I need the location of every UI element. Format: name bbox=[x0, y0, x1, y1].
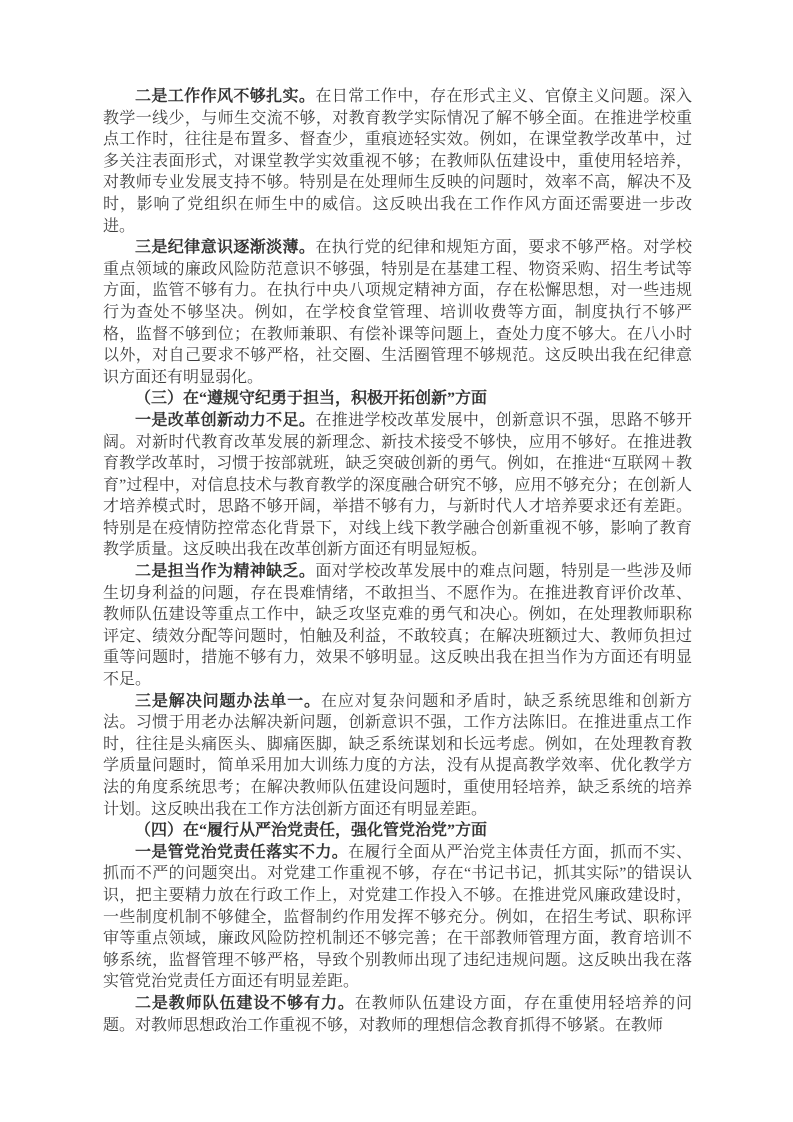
section-heading-text: （四）在“履行从严治党责任，强化管党治党”方面 bbox=[135, 822, 487, 839]
paragraph: 一是管党治党责任落实不力。在履行全面从严治党主体责任方面，抓而不实、抓而不严的问… bbox=[103, 842, 692, 993]
paragraph: 三是解决问题办法单一。在应对复杂问题和矛盾时，缺乏系统思维和创新方法。习惯于用老… bbox=[103, 691, 692, 821]
paragraph-text: 在应对复杂问题和矛盾时，缺乏系统思维和创新方法。习惯于用老办法解决新问题，创新意… bbox=[103, 693, 692, 818]
paragraph-text: 在履行全面从严治党主体责任方面，抓而不实、抓而不严的问题突出。对党建工作重视不够… bbox=[103, 844, 692, 991]
paragraph-lead: 二是担当作为精神缺乏。 bbox=[135, 563, 315, 580]
paragraph: 三是纪律意识逐渐淡薄。在执行党的纪律和规矩方面，要求不够严格。对学校重点领域的廉… bbox=[103, 237, 692, 388]
paragraph-lead: 一是改革创新动力不足。 bbox=[135, 412, 315, 429]
paragraph-text: 在执行党的纪律和规矩方面，要求不够严格。对学校重点领域的廉政风险防范意识不够强，… bbox=[103, 239, 692, 386]
document-page: 二是工作作风不够扎实。在日常工作中，存在形式主义、官僚主义问题。深入教学一线少，… bbox=[0, 0, 793, 1122]
section-heading: （四）在“履行从严治党责任，强化管党治党”方面 bbox=[103, 820, 692, 842]
paragraph-text: 在推进学校改革发展中，创新意识不强，思路不够开阔。对新时代教育改革发展的新理念、… bbox=[103, 412, 692, 559]
paragraph-lead: 三是解决问题办法单一。 bbox=[135, 693, 321, 710]
section-heading-text: （三）在“遵规守纪勇于担当，积极开拓创新”方面 bbox=[135, 390, 487, 407]
paragraph-text: 在日常工作中，存在形式主义、官僚主义问题。深入教学一线少，与师生交流不够，对教育… bbox=[103, 88, 692, 235]
paragraph-lead: 二是教师队伍建设不够有力。 bbox=[135, 995, 355, 1012]
paragraph: 二是教师队伍建设不够有力。在教师队伍建设方面，存在重使用轻培养的问题。对教师思想… bbox=[103, 993, 692, 1036]
paragraph-lead: 二是工作作风不够扎实。 bbox=[135, 88, 315, 105]
paragraph-text: 面对学校改革发展中的难点问题，特别是一些涉及师生切身利益的问题，存在畏难情绪，不… bbox=[103, 563, 692, 688]
paragraph: 一是改革创新动力不足。在推进学校改革发展中，创新意识不强，思路不够开阔。对新时代… bbox=[103, 410, 692, 561]
paragraph-lead: 三是纪律意识逐渐淡薄。 bbox=[135, 239, 315, 256]
paragraph-lead: 一是管党治党责任落实不力。 bbox=[135, 844, 348, 861]
document-body: 二是工作作风不够扎实。在日常工作中，存在形式主义、官僚主义问题。深入教学一线少，… bbox=[103, 86, 692, 1036]
paragraph: 二是工作作风不够扎实。在日常工作中，存在形式主义、官僚主义问题。深入教学一线少，… bbox=[103, 86, 692, 237]
paragraph: 二是担当作为精神缺乏。面对学校改革发展中的难点问题，特别是一些涉及师生切身利益的… bbox=[103, 561, 692, 691]
section-heading: （三）在“遵规守纪勇于担当，积极开拓创新”方面 bbox=[103, 388, 692, 410]
